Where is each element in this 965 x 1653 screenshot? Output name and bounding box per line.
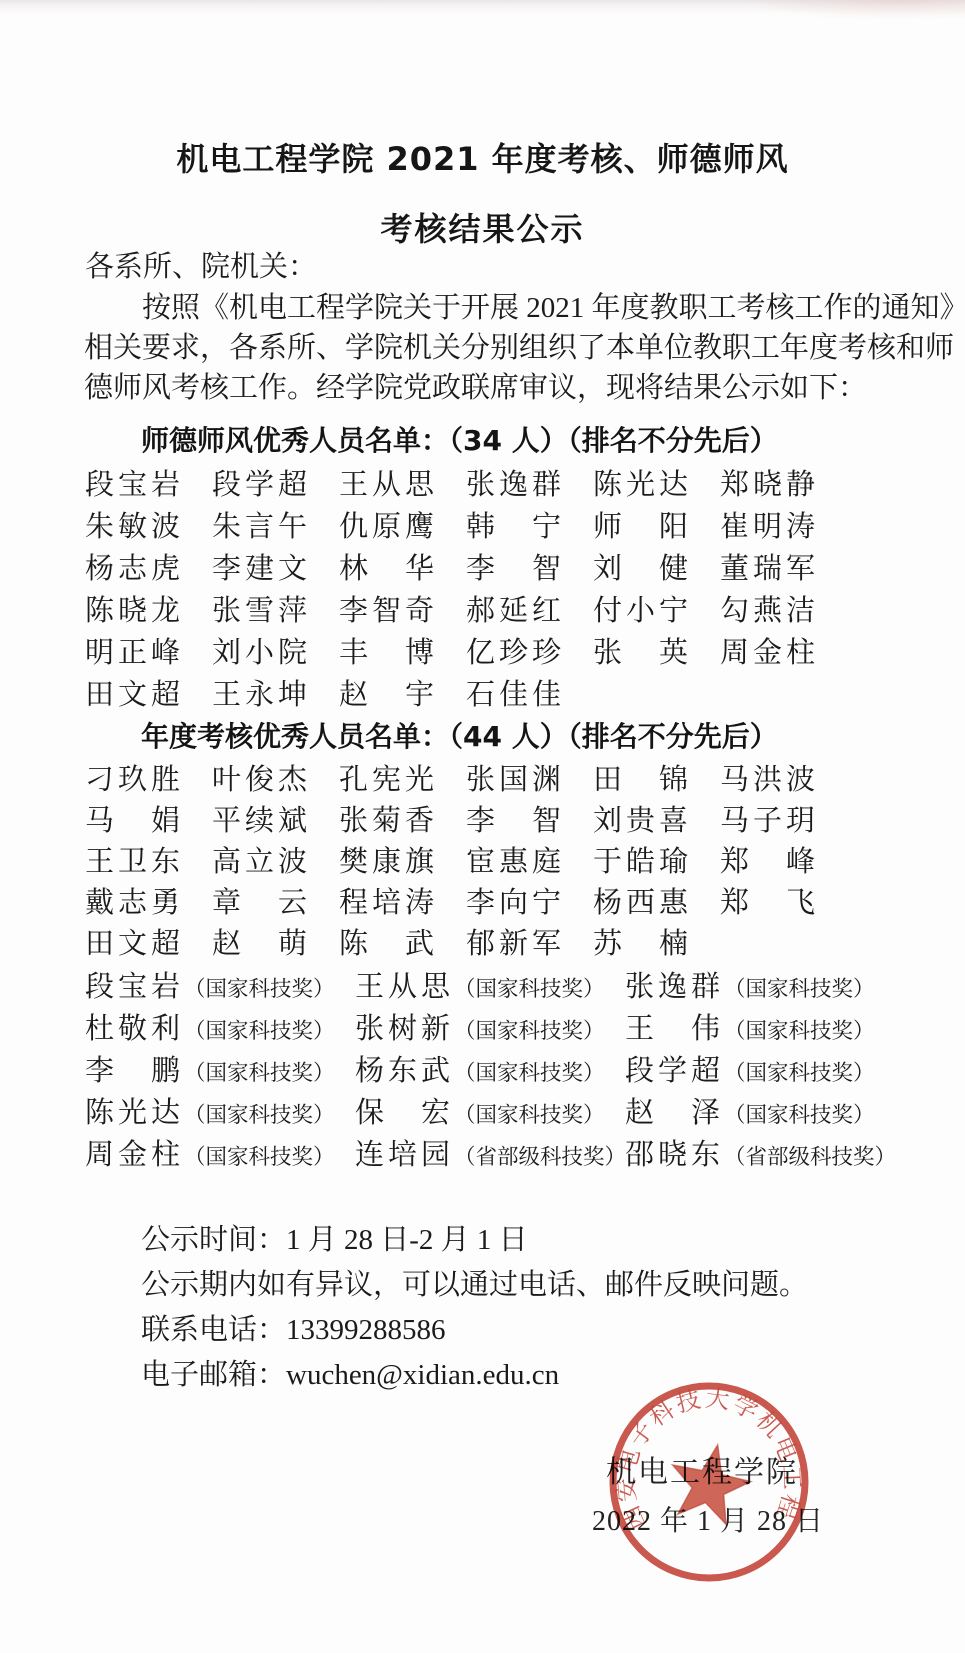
award-tag: （国家科技奖）	[454, 977, 605, 1001]
person-name: 李智奇	[339, 590, 439, 632]
section-header-niandu: 年度考核优秀人员名单：（44 人）（排名不分先后）	[141, 720, 778, 754]
person-name: 亿珍珍	[466, 632, 566, 674]
person-name: 李 智	[466, 548, 566, 590]
person-name: 段宝岩	[85, 464, 185, 506]
person-name: 韩 宁	[466, 506, 566, 548]
award-tag: （国家科技奖）	[184, 1145, 335, 1169]
person-name: 王永坤	[212, 674, 312, 716]
signature-org: 机电工程学院	[606, 1447, 798, 1491]
section-header-shide: 师德师风优秀人员名单：（34 人）（排名不分先后）	[141, 424, 778, 458]
person-name: 付小宁	[593, 590, 693, 632]
person-name: 丰 博	[339, 632, 439, 674]
award-entry: 张逸群（国家科技奖）	[625, 966, 885, 1008]
person-name: 邵晓东	[625, 1139, 724, 1171]
award-tag: （国家科技奖）	[724, 1019, 875, 1043]
person-name: 高立波	[212, 842, 312, 883]
person-name: 李 鹏	[85, 1055, 184, 1087]
person-name: 田文超	[85, 924, 185, 965]
person-name: 陈光达	[85, 1097, 184, 1129]
person-name: 李建文	[212, 548, 312, 590]
award-entry: 连培园（省部级科技奖）	[355, 1134, 625, 1176]
person-name: 段学超	[625, 1055, 724, 1087]
award-tag: （国家科技奖）	[184, 1019, 335, 1043]
title-line-1: 机电工程学院 2021 年度考核、师德师风	[0, 136, 965, 182]
award-entry: 邵晓东（省部级科技奖）	[625, 1134, 885, 1176]
salutation: 各系所、院机关：	[85, 250, 317, 284]
paragraph-line: 按照《机电工程学院关于开展 2021 年度教职工考核工作的通知》	[84, 288, 884, 328]
person-name: 于皓瑜	[593, 842, 693, 883]
award-entry: 陈光达（国家科技奖）	[85, 1092, 355, 1134]
person-name: 连培园	[355, 1139, 454, 1171]
signature-date: 2022 年 1 月 28 日	[592, 1499, 824, 1539]
person-name: 朱言午	[212, 506, 312, 548]
award-tag: （国家科技奖）	[454, 1061, 605, 1085]
person-name: 刘贵喜	[593, 801, 693, 842]
award-entry: 赵 泽（国家科技奖）	[625, 1092, 885, 1134]
award-tag: （省部级科技奖）	[724, 1145, 896, 1169]
document-title: 机电工程学院 2021 年度考核、师德师风 考核结果公示	[0, 136, 965, 252]
person-name: 郑晓静	[720, 464, 820, 506]
person-name: 赵 泽	[625, 1097, 724, 1129]
award-entry: 王从思（国家科技奖）	[355, 966, 625, 1008]
person-name: 张逸群	[466, 464, 566, 506]
person-name: 杨西惠	[593, 883, 693, 924]
person-name: 马子玥	[720, 801, 820, 842]
objection-line: 公示期内如有异议，可以通过电话、邮件反映问题。	[141, 1263, 808, 1308]
person-name: 杨东武	[355, 1055, 454, 1087]
paragraph-line: 德师风考核工作。经学院党政联席审议，现将结果公示如下：	[84, 368, 884, 408]
person-name: 王 伟	[625, 1013, 724, 1045]
person-name: 程培涛	[339, 883, 439, 924]
award-entry: 杨东武（国家科技奖）	[355, 1050, 625, 1092]
person-name: 周金柱	[720, 632, 820, 674]
person-name: 陈 武	[339, 924, 439, 965]
paragraph-line: 相关要求，各系所、学院机关分别组织了本单位教职工年度考核和师	[84, 328, 884, 368]
person-name: 王从思	[339, 464, 439, 506]
award-entry: 王 伟（国家科技奖）	[625, 1008, 885, 1050]
person-name: 张国渊	[466, 760, 566, 801]
person-name: 赵 萌	[212, 924, 312, 965]
award-entry: 张树新（国家科技奖）	[355, 1008, 625, 1050]
person-name: 戴志勇	[85, 883, 185, 924]
person-name: 刘小院	[212, 632, 312, 674]
award-names-grid: 段宝岩（国家科技奖）王从思（国家科技奖）张逸群（国家科技奖）杜敬利（国家科技奖）…	[85, 966, 885, 1176]
person-name: 李 智	[466, 801, 566, 842]
phone-line: 联系电话：13399288586	[141, 1308, 808, 1353]
person-name: 宦惠庭	[466, 842, 566, 883]
person-name: 叶俊杰	[212, 760, 312, 801]
person-name: 张菊香	[339, 801, 439, 842]
person-name: 林 华	[339, 548, 439, 590]
person-name: 杜敬利	[85, 1013, 184, 1045]
person-name: 平续斌	[212, 801, 312, 842]
award-tag: （国家科技奖）	[724, 977, 875, 1001]
award-entry: 段宝岩（国家科技奖）	[85, 966, 355, 1008]
person-name: 王卫东	[85, 842, 185, 883]
person-name: 王从思	[355, 971, 454, 1003]
person-name: 张树新	[355, 1013, 454, 1045]
person-name: 刘 健	[593, 548, 693, 590]
person-name: 樊康旗	[339, 842, 439, 883]
person-name: 段宝岩	[85, 971, 184, 1003]
person-name: 章 云	[212, 883, 312, 924]
intro-paragraph: 按照《机电工程学院关于开展 2021 年度教职工考核工作的通知》 相关要求，各系…	[84, 288, 884, 408]
shide-names-grid: 段宝岩段学超王从思张逸群陈光达郑晓静朱敏波朱言午仇原鹰韩 宁师 阳崔明涛杨志虎李…	[85, 464, 820, 716]
award-tag: （国家科技奖）	[184, 977, 335, 1001]
person-name: 苏 楠	[593, 924, 693, 965]
award-tag: （国家科技奖）	[184, 1103, 335, 1127]
email-line: 电子邮箱：wuchen@xidian.edu.cn	[141, 1353, 808, 1398]
title-line-2: 考核结果公示	[0, 206, 965, 252]
person-name: 师 阳	[593, 506, 693, 548]
person-name: 郑 飞	[720, 883, 820, 924]
award-entry: 段学超（国家科技奖）	[625, 1050, 885, 1092]
person-name: 李向宁	[466, 883, 566, 924]
award-entry: 杜敬利（国家科技奖）	[85, 1008, 355, 1050]
person-name: 杨志虎	[85, 548, 185, 590]
person-name: 勾燕洁	[720, 590, 820, 632]
person-name: 赵 宇	[339, 674, 439, 716]
person-name: 段学超	[212, 464, 312, 506]
person-name: 郁新军	[466, 924, 566, 965]
person-name: 田 锦	[593, 760, 693, 801]
person-name: 张雪萍	[212, 590, 312, 632]
person-name: 孔宪光	[339, 760, 439, 801]
person-name: 明正峰	[85, 632, 185, 674]
footer-info: 公示时间：1 月 28 日-2 月 1 日 公示期内如有异议，可以通过电话、邮件…	[141, 1218, 808, 1398]
person-name: 马洪波	[720, 760, 820, 801]
award-tag: （国家科技奖）	[454, 1103, 605, 1127]
person-name: 朱敏波	[85, 506, 185, 548]
person-name: 张逸群	[625, 971, 724, 1003]
person-name: 刁玖胜	[85, 760, 185, 801]
award-entry: 周金柱（国家科技奖）	[85, 1134, 355, 1176]
person-name: 仇原鹰	[339, 506, 439, 548]
person-name: 周金柱	[85, 1139, 184, 1171]
award-tag: （省部级科技奖）	[454, 1145, 626, 1169]
award-tag: （国家科技奖）	[184, 1061, 335, 1085]
award-tag: （国家科技奖）	[454, 1019, 605, 1043]
person-name: 保 宏	[355, 1097, 454, 1129]
niandu-names-grid: 刁玖胜叶俊杰孔宪光张国渊田 锦马洪波马 娟平续斌张菊香李 智刘贵喜马子玥王卫东高…	[85, 760, 820, 965]
person-name: 郑 峰	[720, 842, 820, 883]
person-name: 陈晓龙	[85, 590, 185, 632]
public-period-line: 公示时间：1 月 28 日-2 月 1 日	[141, 1218, 808, 1263]
award-entry: 李 鹏（国家科技奖）	[85, 1050, 355, 1092]
person-name: 董瑞军	[720, 548, 820, 590]
person-name: 石佳佳	[466, 674, 566, 716]
person-name: 郝延红	[466, 590, 566, 632]
award-tag: （国家科技奖）	[724, 1103, 875, 1127]
person-name: 田文超	[85, 674, 185, 716]
award-tag: （国家科技奖）	[724, 1061, 875, 1085]
person-name: 马 娟	[85, 801, 185, 842]
person-name: 陈光达	[593, 464, 693, 506]
award-entry: 保 宏（国家科技奖）	[355, 1092, 625, 1134]
person-name: 张 英	[593, 632, 693, 674]
notice-document: 机电工程学院 2021 年度考核、师德师风 考核结果公示 各系所、院机关： 按照…	[0, 0, 965, 1653]
person-name: 崔明涛	[720, 506, 820, 548]
